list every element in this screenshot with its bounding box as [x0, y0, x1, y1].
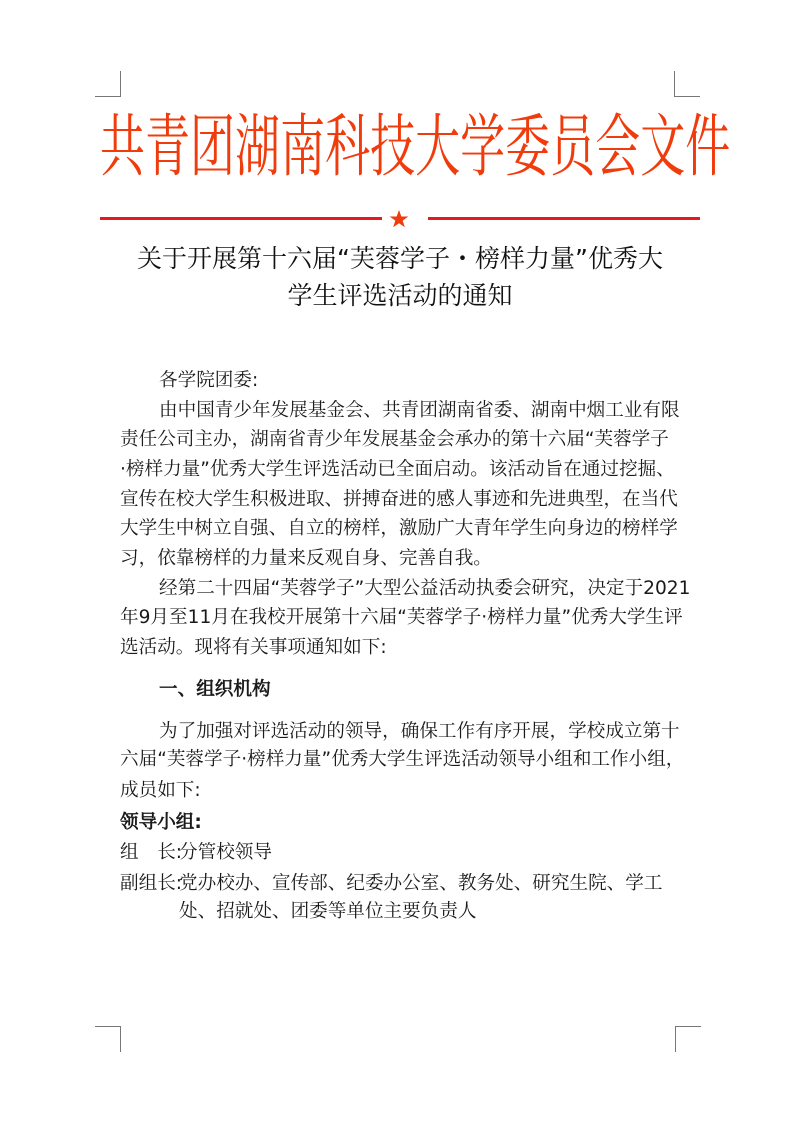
masthead-title: 共青团湖南科技大学委员会文件: [100, 106, 730, 190]
masthead-rule-right: [428, 217, 700, 220]
document-title-line: 学生评选活动的通知: [100, 277, 700, 314]
crop-mark-bottom-left: [95, 1026, 121, 1052]
deputy-value-continued: 处、招就处、团委等单位主要负责人: [179, 897, 477, 927]
leadership-group-heading: 领导小组:: [120, 808, 202, 838]
document-title: 关于开展第十六届“芙蓉学子・榜样力量”优秀大 学生评选活动的通知: [100, 240, 700, 314]
paragraph-line: 年9月至11月在我校开展第十六届“芙蓉学子·榜样力量”优秀大学生评: [120, 603, 683, 633]
salutation: 各学院团委:: [120, 366, 258, 396]
paragraph-line: 为了加强对评选活动的领导，确保工作有序开展，学校成立第十: [120, 717, 680, 747]
paragraph-line: 宣传在校大学生积极进取、拼搏奋进的感人事迹和先进典型，在当代: [120, 485, 678, 515]
paragraph-line: ·榜样力量”优秀大学生评选活动已全面启动。该活动旨在通过挖掘、: [120, 455, 675, 485]
section-heading: 一、组织机构: [120, 675, 271, 705]
crop-mark-top-right: [674, 71, 700, 97]
masthead-rule-left: [100, 217, 382, 220]
paragraph-line: 习，依靠榜样的力量来反观自身、完善自我。: [120, 544, 492, 574]
leader-row: 组 长:分管校领导: [120, 838, 272, 868]
paragraph-line: 经第二十四届“芙蓉学子”大型公益活动执委会研究，决定于2021: [120, 574, 690, 604]
deputy-value: 党办校办、宣传部、纪委办公室、教务处、研究生院、学工: [179, 873, 662, 894]
paragraph-line: 选活动。现将有关事项通知如下:: [120, 633, 387, 663]
masthead: 共青团湖南科技大学委员会文件: [100, 106, 700, 190]
star-icon: [389, 209, 409, 229]
crop-mark-top-left: [95, 71, 121, 97]
paragraph-line: 由中国青少年发展基金会、共青团湖南省委、湖南中烟工业有限: [120, 396, 680, 426]
paragraph-line: 大学生中树立自强、自立的榜样，激励广大青年学生向身边的榜样学: [120, 514, 678, 544]
paragraph-line: 六届“芙蓉学子·榜样力量”优秀大学生评选活动领导小组和工作小组，: [120, 745, 684, 775]
crop-mark-bottom-right: [675, 1026, 701, 1052]
paragraph-line: 成员如下:: [120, 776, 201, 806]
deputy-row: 副组长:党办校办、宣传部、纪委办公室、教务处、研究生院、学工: [120, 869, 662, 899]
document-title-line: 关于开展第十六届“芙蓉学子・榜样力量”优秀大: [100, 240, 700, 277]
paragraph-line: 责任公司主办，湖南省青少年发展基金会承办的第十六届“芙蓉学子: [120, 425, 669, 455]
deputy-label: 副组长:: [120, 869, 179, 899]
leader-label: 组 长:: [120, 838, 179, 868]
leader-value: 分管校领导: [179, 842, 272, 863]
